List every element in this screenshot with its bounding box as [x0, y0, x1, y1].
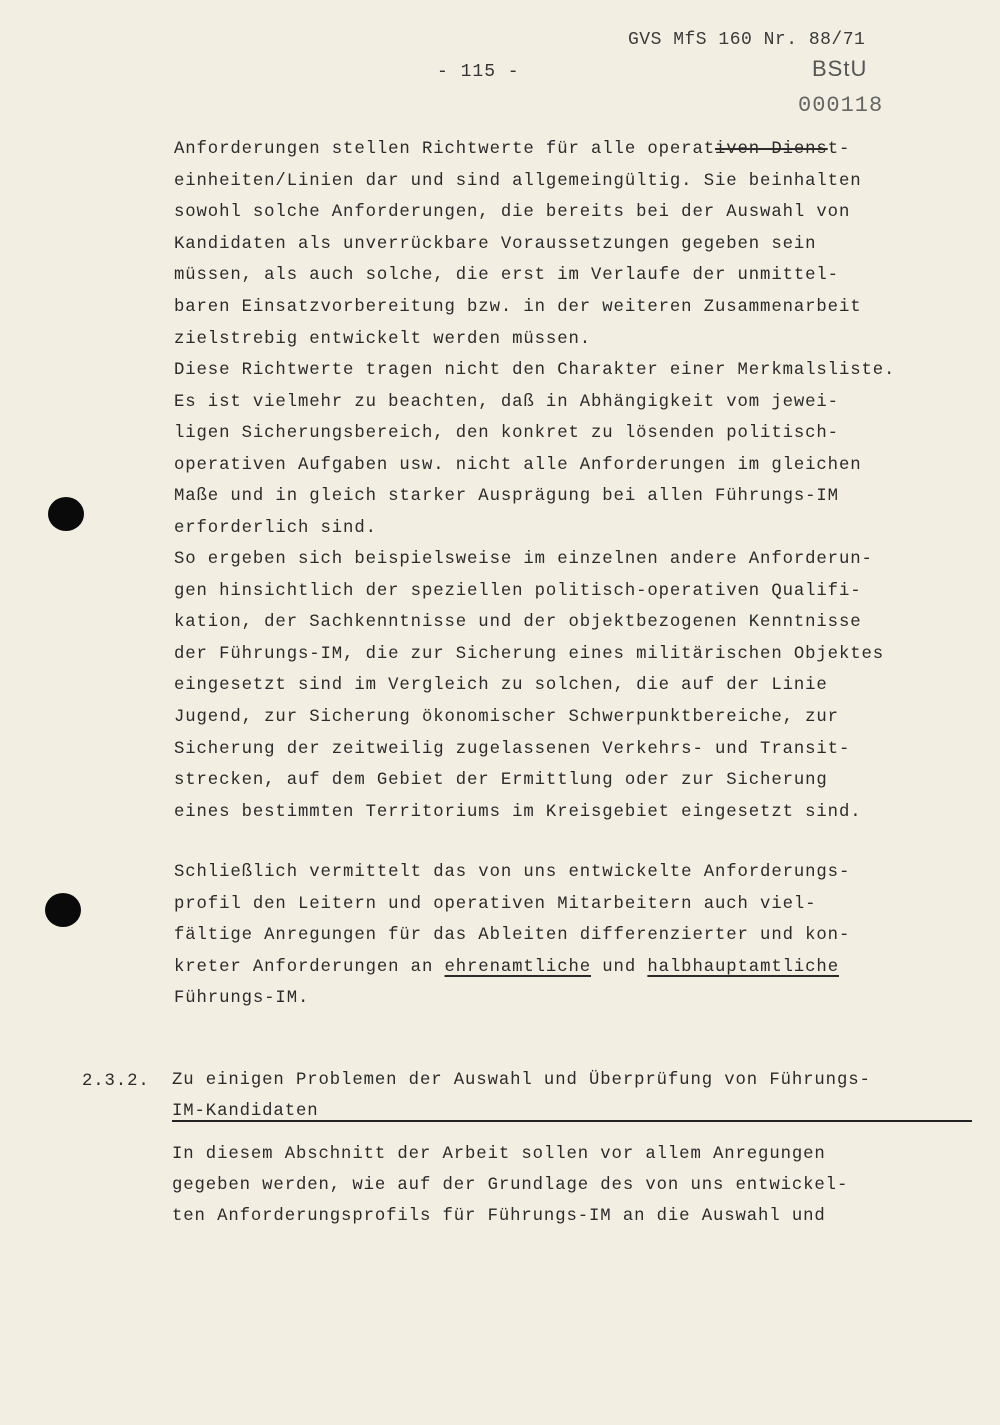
- text-line: ligen Sicherungsbereich, den konkret zu …: [174, 425, 839, 442]
- text-line: Es ist vielmehr zu beachten, daß in Abhä…: [174, 394, 839, 411]
- text-line: eines bestimmten Territoriums im Kreisge…: [174, 804, 862, 821]
- section-title-line-2: IM-Kandidaten: [172, 1103, 319, 1120]
- text-line: kreter Anforderungen an ehrenamtliche un…: [174, 959, 839, 976]
- section-title-underline: [172, 1120, 972, 1122]
- text-segment: erforderlich sind.: [174, 519, 377, 538]
- text-line: zielstrebig entwickelt werden müssen.: [174, 331, 591, 348]
- text-line: Sicherung der zeitweilig zugelassenen Ve…: [174, 741, 850, 758]
- underlined-text: halbhauptamtliche: [647, 958, 839, 977]
- text-segment: Diese Richtwerte tragen nicht den Charak…: [174, 361, 895, 380]
- text-line: kation, der Sachkenntnisse und der objek…: [174, 614, 862, 631]
- archive-stamp: BStU: [812, 56, 867, 82]
- text-line: Maße und in gleich starker Ausprägung be…: [174, 488, 839, 505]
- text-segment: müssen, als auch solche, die erst im Ver…: [174, 266, 839, 285]
- text-segment: eingesetzt sind im Vergleich zu solchen,…: [174, 676, 828, 695]
- text-segment: kation, der Sachkenntnisse und der objek…: [174, 613, 862, 632]
- text-line: erforderlich sind.: [174, 520, 377, 537]
- text-segment: ligen Sicherungsbereich, den konkret zu …: [174, 424, 839, 443]
- text-segment: operativen Aufgaben usw. nicht alle Anfo…: [174, 456, 862, 475]
- text-segment: der Führungs-IM, die zur Sicherung eines…: [174, 645, 884, 664]
- text-segment: profil den Leitern und operativen Mitarb…: [174, 895, 816, 914]
- text-segment: Schließlich vermittelt das von uns entwi…: [174, 863, 850, 882]
- text-line: strecken, auf dem Gebiet der Ermittlung …: [174, 772, 828, 789]
- text-segment: Jugend, zur Sicherung ökonomischer Schwe…: [174, 708, 839, 727]
- section-body-line: ten Anforderungsprofils für Führungs-IM …: [172, 1208, 826, 1225]
- section-body-line: gegeben werden, wie auf der Grundlage de…: [172, 1177, 848, 1194]
- punch-hole-icon: [45, 893, 81, 927]
- text-segment: Es ist vielmehr zu beachten, daß in Abhä…: [174, 393, 839, 412]
- text-segment: Führungs-IM.: [174, 989, 309, 1008]
- document-reference: GVS MfS 160 Nr. 88/71: [628, 30, 865, 50]
- text-line: eingesetzt sind im Vergleich zu solchen,…: [174, 677, 828, 694]
- text-line: fältige Anregungen für das Ableiten diff…: [174, 927, 850, 944]
- text-line: Anforderungen stellen Richtwerte für all…: [174, 141, 850, 158]
- archive-number: 000118: [798, 93, 883, 118]
- text-line: einheiten/Linien dar und sind allgemeing…: [174, 173, 862, 190]
- text-segment: Sicherung der zeitweilig zugelassenen Ve…: [174, 740, 850, 759]
- struck-text: iven Diens: [715, 140, 828, 159]
- section-title-line-1: Zu einigen Problemen der Auswahl und Übe…: [172, 1072, 871, 1089]
- text-segment: fältige Anregungen für das Ableiten diff…: [174, 926, 850, 945]
- text-line: profil den Leitern und operativen Mitarb…: [174, 896, 816, 913]
- text-line: Jugend, zur Sicherung ökonomischer Schwe…: [174, 709, 839, 726]
- text-segment: sowohl solche Anforderungen, die bereits…: [174, 203, 850, 222]
- text-segment: Kandidaten als unverrückbare Voraussetzu…: [174, 235, 816, 254]
- document-page: GVS MfS 160 Nr. 88/71 - 115 - BStU 00011…: [0, 0, 1000, 1425]
- text-line: Schließlich vermittelt das von uns entwi…: [174, 864, 850, 881]
- section-body-line: In diesem Abschnitt der Arbeit sollen vo…: [172, 1146, 826, 1163]
- underlined-text: ehrenamtliche: [445, 958, 592, 977]
- text-segment: So ergeben sich beispielsweise im einzel…: [174, 550, 873, 569]
- section-number: 2.3.2.: [82, 1072, 150, 1091]
- text-segment: eines bestimmten Territoriums im Kreisge…: [174, 803, 862, 822]
- text-segment: baren Einsatzvorbereitung bzw. in der we…: [174, 298, 862, 317]
- text-line: baren Einsatzvorbereitung bzw. in der we…: [174, 299, 862, 316]
- text-line: operativen Aufgaben usw. nicht alle Anfo…: [174, 457, 862, 474]
- text-line: sowohl solche Anforderungen, die bereits…: [174, 204, 850, 221]
- text-segment: strecken, auf dem Gebiet der Ermittlung …: [174, 771, 828, 790]
- text-segment: t-: [828, 140, 851, 159]
- text-segment: Maße und in gleich starker Ausprägung be…: [174, 487, 839, 506]
- text-segment: und: [591, 958, 647, 977]
- page-number: - 115 -: [437, 62, 520, 82]
- text-line: Diese Richtwerte tragen nicht den Charak…: [174, 362, 895, 379]
- text-segment: gen hinsichtlich der speziellen politisc…: [174, 582, 862, 601]
- text-segment: einheiten/Linien dar und sind allgemeing…: [174, 172, 862, 191]
- text-line: müssen, als auch solche, die erst im Ver…: [174, 267, 839, 284]
- text-line: So ergeben sich beispielsweise im einzel…: [174, 551, 873, 568]
- text-line: Kandidaten als unverrückbare Voraussetzu…: [174, 236, 816, 253]
- punch-hole-icon: [48, 497, 84, 531]
- text-segment: Anforderungen stellen Richtwerte für all…: [174, 140, 715, 159]
- text-segment: zielstrebig entwickelt werden müssen.: [174, 330, 591, 349]
- text-line: Führungs-IM.: [174, 990, 309, 1007]
- text-line: der Führungs-IM, die zur Sicherung eines…: [174, 646, 884, 663]
- text-line: gen hinsichtlich der speziellen politisc…: [174, 583, 862, 600]
- text-segment: kreter Anforderungen an: [174, 958, 445, 977]
